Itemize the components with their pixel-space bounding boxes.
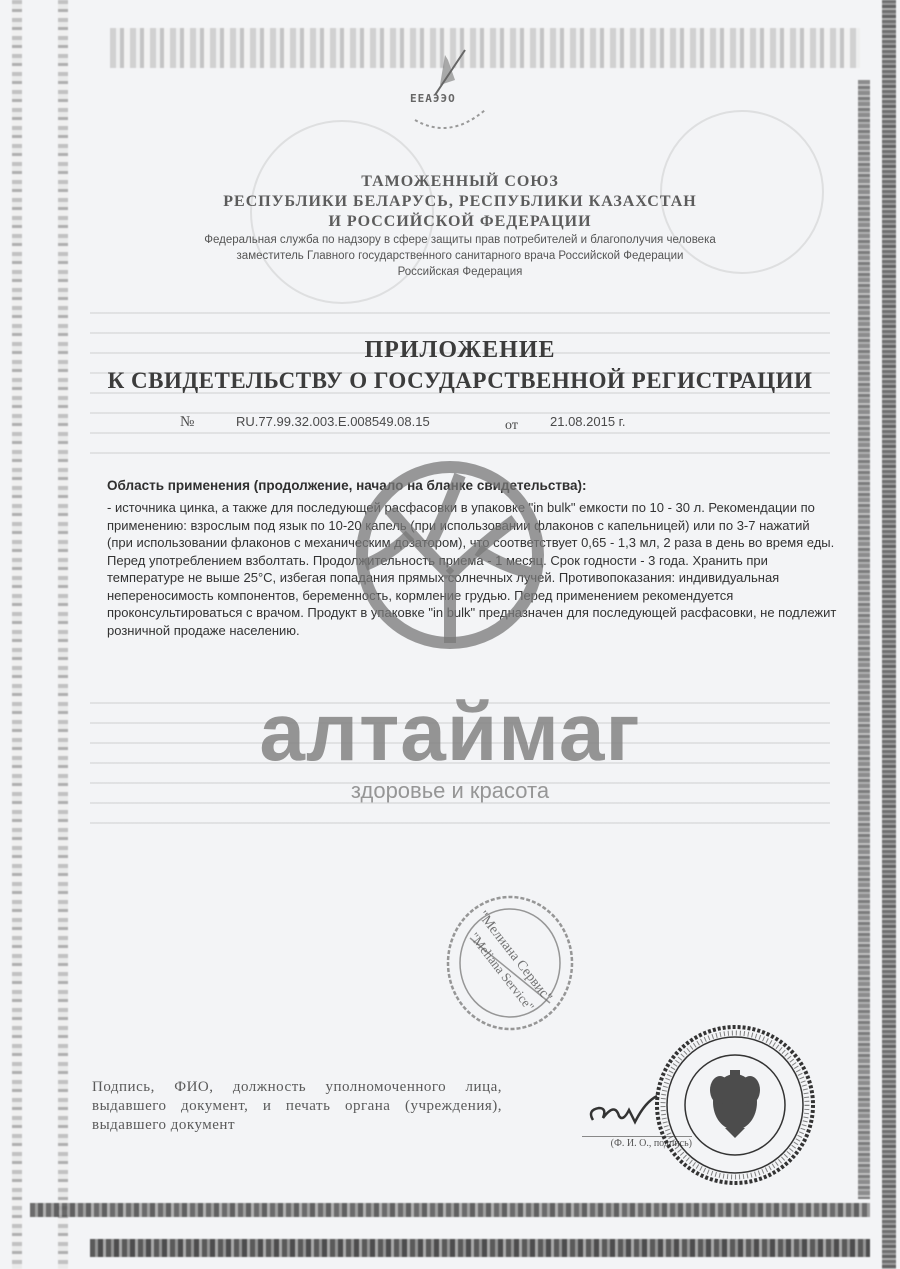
agency-name: Федеральная служба по надзору в сфере за…: [100, 232, 820, 248]
top-emblem-icon: ЕЕАЭЭО: [400, 40, 500, 140]
right-ornament-border-inner: [858, 80, 870, 1199]
document-title: ПРИЛОЖЕНИЕ К СВИДЕТЕЛЬСТВУ О ГОСУДАРСТВЕ…: [80, 336, 840, 396]
date-label: от: [505, 418, 518, 434]
bottom-ornament-border: [30, 1203, 870, 1217]
watermark-logo: алтаймаг здоровье и красота: [200, 688, 700, 804]
registration-number: RU.77.99.32.003.Е.008549.08.15: [236, 414, 430, 429]
emblem-code: ЕЕАЭЭО: [410, 92, 456, 105]
issuer-header: ТАМОЖЕННЫЙ СОЮЗ РЕСПУБЛИКИ БЕЛАРУСЬ, РЕС…: [100, 172, 820, 280]
title-appendix: ПРИЛОЖЕНИЕ: [80, 336, 840, 364]
signature-label: Подпись, ФИО, должность уполномоченного …: [92, 1078, 502, 1135]
watermark-leaf-icon: [350, 455, 550, 655]
customs-union-line: ТАМОЖЕННЫЙ СОЮЗ: [100, 172, 820, 192]
title-certificate: К СВИДЕТЕЛЬСТВУ О ГОСУДАРСТВЕННОЙ РЕГИСТ…: [80, 366, 840, 396]
official-seal-icon: [650, 1020, 820, 1190]
official-title: заместитель Главного государственного са…: [100, 248, 820, 264]
right-ornament-border: [882, 0, 896, 1269]
number-label: №: [180, 414, 194, 431]
left-ornament-border-inner: [58, 0, 68, 1269]
certificate-page: ЕЕАЭЭО ТАМОЖЕННЫЙ СОЮЗ РЕСПУБЛИКИ БЕЛАРУ…: [0, 0, 900, 1269]
watermark-brand: алтаймаг: [200, 688, 700, 778]
member-states-line: РЕСПУБЛИКИ БЕЛАРУСЬ, РЕСПУБЛИКИ КАЗАХСТА…: [100, 192, 820, 212]
watermark-slogan: здоровье и красота: [200, 778, 700, 804]
left-ornament-border: [12, 0, 22, 1269]
member-states-line-2: И РОССИЙСКОЙ ФЕДЕРАЦИИ: [100, 212, 820, 232]
registration-date: 21.08.2015 г.: [550, 414, 625, 429]
bottom-ornament-border-outer: [90, 1239, 870, 1257]
country-name: Российская Федерация: [100, 264, 820, 280]
company-stamp: "Мелиана Сервис" "Meliana Service": [440, 893, 580, 1033]
